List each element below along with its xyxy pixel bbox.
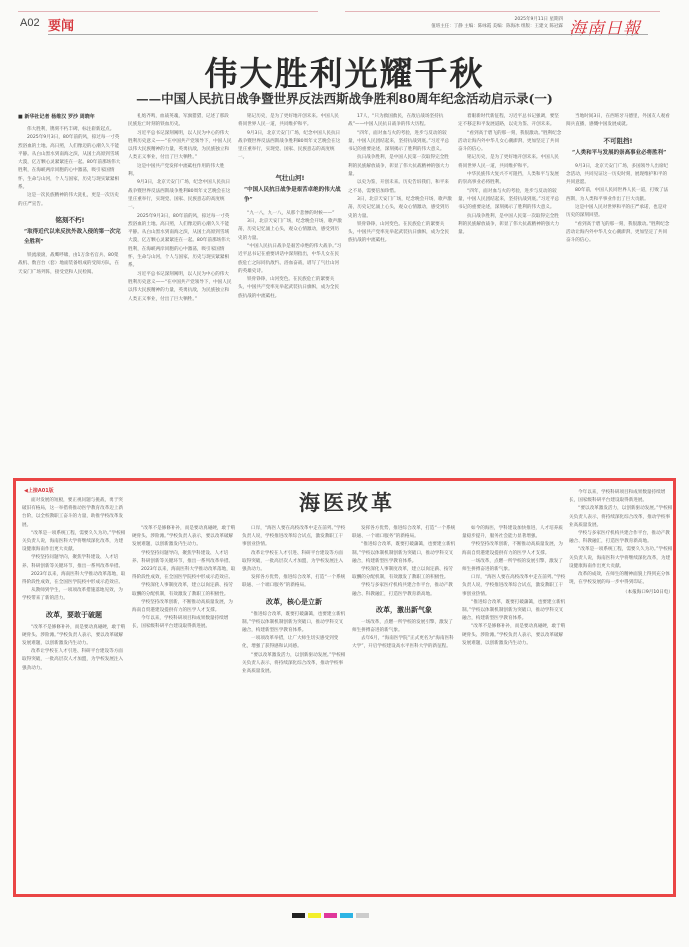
feature-subheading: 改革，核心是立新 [242,597,346,607]
paragraph: 铁骨铮铮，山河变色。在民族危亡的紧要关头，中国共产党率先举起武装抗日旗帜，成为全… [238,276,342,301]
paragraph: “看到高于碧飞的那一刻，我很激动。”胜利纪念活动让海内外中华儿女心潮澎湃，更加坚… [458,130,562,155]
section-quote: “取得近代以来反抗外敌入侵的第一次完全胜利” [18,227,122,247]
paragraph: 铭记历史，是为了更好地开创未来。中国人民将同世界人民一道，共同维护和平。 [458,154,562,171]
paragraph: 2025年9月3日，80年前的风，掠过每一寸英烈浴血的土地。高日照，人们像迈的心… [18,134,122,192]
paragraph: 一场改革，点燃一所学校的发展引擎，激发了师生拼搏奋进的新气象。 [352,619,456,635]
paragraph: 抗日战争胜利，是中国人民第一次取得完全胜利的民族解放战争，彰显了伟大抗战精神的强… [458,213,562,238]
paragraph: 当地时间3日，在西班牙马德里，外国友人观看阅兵直播，感慨中国发展成就。 [566,113,670,130]
paragraph: 中华民族伟大复兴不可阻挡，人类和平与发展的崇高事业必将胜利。 [458,171,562,188]
paragraph: 改革让学校在人才引进、科研平台建设等方面取得突破，一批高层次人才加盟，为学校发展… [242,550,346,575]
paragraph: 学校坚持改革创新，不断推动高质量发展，为海南自贸港建设提供有力的医学人才支撑。 [132,599,236,615]
feature-column-2: “改革不是修修补补，而是要动真碰硬，敢于啃硬骨头、涉险滩。”学校负责人表示，要以… [132,525,236,892]
paragraph: 口岸，“海医人要在高校改革中走在前列。”学校负责人说，学校推进改革综合试点，激发… [242,525,346,550]
paragraph: 9月3日，北京天安门广场，纪念中国人民抗日战争暨世界反法西斯战争胜利80周年文艺… [128,179,232,212]
paragraph: 9月3日，北京天安门广场，纪念中国人民抗日战争暨世界反法西斯战争胜利80周年文艺… [238,130,342,163]
paragraph: 一场改革，点燃一所学校的发展引擎，激发了师生拼搏奋进的新气象。 [462,558,566,574]
section-heading: 气壮山河! [238,173,342,182]
paragraph: “推进综合改革，既要打破藩篱，也要建立新机制。”学校以体制机制创新为突破口，推动… [352,541,456,566]
article-column-6: 当地时间3日，在西班牙马德里，外国友人观看阅兵直播，感慨中国发展成就。 不可阻挡… [566,113,670,463]
paragraph: 礼炮齐鸣，血战英魂，军旗猎猎，记述了那段民族危亡时刻的铁血历史。 [128,113,232,130]
article-column-1: 新华社记者 杨维汉 罗沙 周晓年 伟大胜利，镌刻不朽丰碑，标注崭新起点。 202… [18,113,122,463]
paragraph: “改革是一项系统工程，需要久久为功。”学校相关负责人说，海南医科大学将继续深化改… [22,530,126,555]
paragraph: “中国人民抗日战争是艰苦卓绝的伟大战争。”习近平总书记在重要讲话中深刻指出，中华… [238,243,342,276]
paragraph: 去年6月，“海南医学院”正式更名为“海南医科大学”，开启学校建设高水平医科大学的… [352,635,456,651]
paragraph: 铁流滚滚，战鹰呼啸，由1万余名官兵、80架战机、数百台（套）地面装备组成的受阅方… [18,252,122,277]
date-line: 2025年9月11日 星期四 [431,16,563,23]
paragraph: 习近平总书记深刻阐明，以人民为中心的伟大胜利历史意义——“在中国共产党领导下，中… [128,271,232,304]
paragraph: 学校与多家医疗机构共建合作平台，推动产教融合、科教融汇，打造医学教育新高地。 [569,530,673,546]
paragraph: “推进综合改革，既要打破藩篱，也要建立新机制。”学校以体制机制创新为突破口，推动… [462,599,566,624]
paragraph: 学校深化人事制度改革，建立以岗定薪、按劳取酬的分配机制，有效激发了教职工的积极性… [132,582,236,598]
paragraph: 17人，“只为救国救民，在敌后战场坚持抗战”——中国人民抗日战争的伟大历程。 [348,113,452,130]
paragraph: 这是中国共产党发挥中流砥柱作用的伟大胜利。 [128,163,232,180]
paragraph: 改革的成效，在师生的精神面貌上得到充分体现，在学校发展的每一步中得到印证。 [569,571,673,587]
paragraph: 今年以来，学校科研项目和成果数量持续增长，国家级科研平台建设取得新进展。 [569,489,673,505]
paragraph: “九一八，九一八，从那个悲惨的时候——” [238,210,342,218]
paragraph: 着眼新时代新征程，习近平总书记强调，要坚定不移走和平发展道路，以史为鉴、开创未来… [458,113,562,130]
registration-mark-gray [356,913,369,918]
header-bottom-rule [48,34,648,35]
paragraph: 以史为鉴，开创未来。历史告诉我们，和平来之不易，需要倍加珍惜。 [348,179,452,196]
dateline-end: （本报海口9月10日电） [569,589,673,595]
article-column-3: 铭记历史，是为了更好地开创未来。中国人民将同世界人民一道，共同维护和平。 9月3… [238,113,342,463]
header-top-rule-right [345,11,660,12]
registration-mark-yellow [308,913,321,918]
paragraph: “推进综合改革，既要打破藩篱，也要建立新机制。”学校以体制机制创新为突破口，推动… [242,611,346,636]
continued-from-label: ◀上接A01版 [24,487,54,494]
feature-column-6: 今年以来，学校科研项目和成果数量持续增长，国家级科研平台建设取得新进展。 “要以… [569,489,673,892]
paragraph: 3日，北京天安门广场，纪念晚会开场，歌声激荡，历史记忆涌上心头，观众心情激动，感… [348,196,452,221]
paragraph: 2025年9月3日，80年前的风，掠过每一寸英烈浴血的土地。高日照，人们像迈的心… [128,213,232,271]
paragraph: 9月3日，北京天安门广场，多国领导人出席纪念活动，共同见证这一历史时刻，展现维护… [566,163,670,188]
paper-logo: 海南日報 [569,14,641,39]
paragraph: “要以改革激发活力，以创新驱动发展。”学校相关负责人表示，将持续深化综合改革，推… [242,652,346,677]
paragraph: “改革不是修修补补，而是要动真碰硬，敢于啃硬骨头、涉险滩。”学校负责人表示，要以… [22,624,126,649]
paragraph: 学校坚持问题导向，聚焦学科建设、人才培养、科研创新等关键环节，推出一系列改革举措… [132,550,236,566]
paragraph: “要以改革激发活力，以创新驱动发展。”学校相关负责人表示，将持续深化综合改革，推… [569,505,673,530]
article-column-5: 着眼新时代新征程，习近平总书记强调，要坚定不移走和平发展道路，以史为鉴、开创未来… [458,113,562,463]
registration-mark-cyan [340,913,353,918]
paragraph: 学校坚持问题导向，聚焦学科建设、人才培养、科研创新等关键环节，推出一系列改革举措… [22,554,126,570]
paragraph: 学校坚持改革创新，不断推动高质量发展，为海南自贸港建设提供有力的医学人才支撑。 [462,541,566,557]
feature-column-3: 口岸，“海医人要在高校改革中走在前列。”学校负责人说，学校推进改革综合试点，激发… [242,525,346,892]
section-name: 要闻 [48,15,74,34]
paragraph: 习近平总书记深刻阐明，以人民为中心的伟大胜利历史意义——“在中国共产党领导下，中… [128,130,232,163]
paragraph: “四年，面对血与火的考验，进步与反动的较量，中国人民团结起来，坚持抗战到底。”习… [348,130,452,155]
paragraph: 这是中国人民对世界和平的庄严承诺，也是对历史的深刻回望。 [566,204,670,221]
feature-column-1: 面对发展的短板，要正视问题与挑战，勇于突破旧有格局，这一举措将推动医学教育改革迈… [22,497,126,892]
main-headline: 伟大胜利光耀千秋 [0,48,689,95]
paragraph: 从教师到学生，一项项改革措施落地见效，为学校带来了新的活力。 [22,587,126,603]
paragraph: 改革让学校在人才引进、科研平台建设等方面取得突破，一批高层次人才加盟，为学校发展… [22,648,126,673]
editors-line: 值班主任：丁静 主编：陈咏霞 美编：陈海冰 组版：王建文 陈冠霖 [431,23,563,30]
paragraph: “四年，面对血与火的考验，进步与反动的较量，中国人民团结起来，坚持抗战到底。”习… [458,188,562,213]
paragraph: 铭记历史，是为了更好地开创未来。中国人民将同世界人民一道，共同维护和平。 [238,113,342,130]
paragraph: 抗日战争胜利，是中国人民第一次取得完全胜利的民族解放战争，彰显了伟大抗战精神的强… [348,154,452,179]
main-article-body: 新华社记者 杨维汉 罗沙 周晓年 伟大胜利，镌刻不朽丰碑，标注崭新起点。 202… [18,113,670,463]
paragraph: 如今的海医，学科建设加快推进，人才培养质量稳步提升，服务社会能力显著增强。 [462,525,566,541]
section-quote: “人类和平与发展的崇高事业必将胜利” [566,148,670,158]
paragraph: “改革不是修修补补，而是要动真碰硬，敢于啃硬骨头、涉险滩。”学校负责人表示，要以… [132,525,236,550]
registration-mark-black [292,913,305,918]
paragraph: 口岸，“海医人要在高校改革中走在前列。”学校负责人说，学校推进改革综合试点，激发… [462,574,566,599]
paragraph: 面对发展的短板，要正视问题与挑战，勇于突破旧有格局，这一举措将推动医学教育改革迈… [22,497,126,530]
feature-subheading: 改革，要敢于破题 [22,610,126,620]
paragraph: 2023年以来，海南医科大学推动改革落地，取得阶段性成效，在全国医学院校中形成示… [132,566,236,582]
section-quote: “中国人民抗日战争是艰苦卓绝的伟大战争” [238,185,342,205]
article-column-2: 礼炮齐鸣，血战英魂，军旗猎猎，记述了那段民族危亡时刻的铁血历史。 习近平总书记深… [128,113,232,463]
paragraph: 3日，北京天安门广场，纪念晚会开场，歌声激荡，历史记忆涌上心头，观众心情激动，感… [238,218,342,243]
paragraph: “看到高于碧飞的那一刻，我很激动。”胜利纪念活动让海内外中华儿女心潮澎湃，更加坚… [566,221,670,246]
paragraph: 伟大胜利，镌刻不朽丰碑，标注崭新起点。 [18,126,122,134]
paragraph: 铁骨铮铮，山河变色。在民族危亡的紧要关头，中国共产党率先举起武装抗日旗帜，成为全… [348,221,452,246]
paragraph: “改革不是修修补补，而是要动真碰硬，敢于啃硬骨头、涉险滩。”学校负责人表示，要以… [462,623,566,648]
byline: 新华社记者 杨维汉 罗沙 周晓年 [18,113,122,120]
header-top-rule [18,11,318,12]
feature-column-5: 如今的海医，学科建设加快推进，人才培养质量稳步提升，服务社会能力显著增强。 学校… [462,525,566,892]
newspaper-page: A02 要闻 2025年9月11日 星期四 值班主任：丁静 主编：陈咏霞 美编：… [0,0,689,947]
feature-subheading: 改革，激出新气象 [352,605,456,615]
paragraph: “改革是一项系统工程，需要久久为功。”学校相关负责人说，海南医科大学将继续深化改… [569,546,673,571]
featured-article-box: ◀上接A01版 海医改革 面对发展的短板，要正视问题与挑战，勇于突破旧有格局，这… [13,478,676,897]
paragraph: 一项项改革举措，让广大师生切实感受到变化，增强了获得感和认同感。 [242,635,346,651]
feature-headline: 海医改革 [244,487,450,517]
paragraph: 2023年以来，海南医科大学推动改革落地，取得阶段性成效，在全国医学院校中形成示… [22,571,126,587]
page-header: A02 要闻 2025年9月11日 星期四 值班主任：丁静 主编：陈咏霞 美编：… [18,14,663,36]
section-heading: 不可阻挡! [566,136,670,145]
header-meta: 2025年9月11日 星期四 值班主任：丁静 主编：陈咏霞 美编：陈海冰 组版：… [431,16,563,30]
paragraph: 这是一次民族精神的伟大洗礼，更是一次历史的庄严宣告。 [18,192,122,209]
paragraph: 80年前，中国人民同世界人民一道，打败了法西斯，为人类和平事业作出了巨大贡献。 [566,187,670,204]
article-column-4: 17人，“只为救国救民，在敌后战场坚持抗战”——中国人民抗日战争的伟大历程。 “… [348,113,452,463]
registration-mark-magenta [324,913,337,918]
paragraph: 发挥各方优势，推进综合改革，打造“一个系统联通、一个端口服务”的新格局。 [242,574,346,590]
sub-headline: ——中国人民抗日战争暨世界反法西斯战争胜利80周年纪念活动启示录(一) [0,89,689,107]
section-heading: 铭刻不朽! [18,215,122,224]
paragraph: 今年以来，学校科研项目和成果数量持续增长，国家级科研平台建设取得新进展。 [132,615,236,631]
paragraph: 学校与多家医疗机构共建合作平台，推动产教融合、科教融汇，打造医学教育新高地。 [352,582,456,598]
paragraph: 学校深化人事制度改革，建立以岗定薪、按劳取酬的分配机制，有效激发了教职工的积极性… [352,566,456,582]
page-number: A02 [20,17,40,29]
feature-column-4: 发挥各方优势，推进综合改革，打造“一个系统联通、一个端口服务”的新格局。 “推进… [352,525,456,892]
paragraph: 发挥各方优势，推进综合改革，打造“一个系统联通、一个端口服务”的新格局。 [352,525,456,541]
